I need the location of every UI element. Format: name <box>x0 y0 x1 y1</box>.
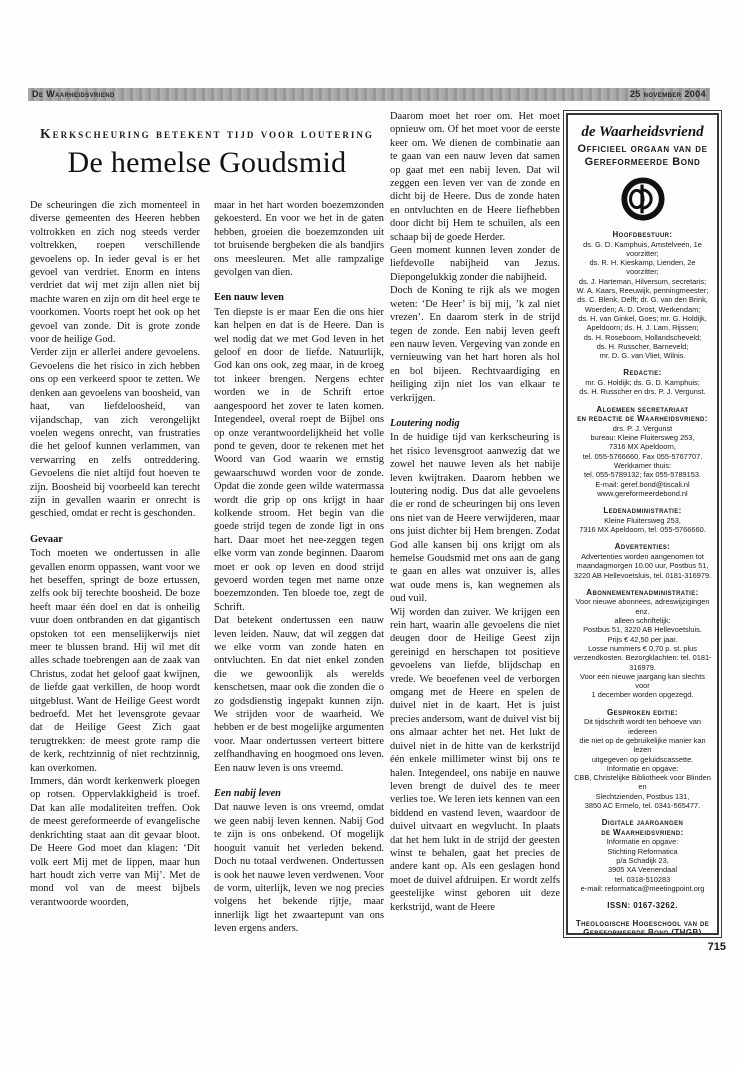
sidebar-text-line: Informatie en opgave: <box>573 837 712 846</box>
article-column-2: maar in het hart worden boezemzonden gek… <box>214 199 384 961</box>
sidebar-text-line: Apeldoorn; ds. H. J. Lam, Rijssen; <box>573 323 712 332</box>
sidebar-section-heading: Algemeen secretariaat <box>573 405 712 415</box>
sidebar-text-line: tel. 055-5766660. Fax 055-5767707. <box>573 452 712 461</box>
paragraph: maar in het hart worden boezemzonden gek… <box>214 199 384 279</box>
sidebar-text-line: ds. H. Russcher en drs. P. J. Vergunst. <box>573 387 712 396</box>
sidebar-text-line: 3905 XA Veenendaal <box>573 865 712 874</box>
sidebar-section: Digitale jaargangende Waarheidsvriend:In… <box>573 818 712 893</box>
sidebar-text-line: 3850 AC Ermelo, tel. 0341-565477. <box>573 801 712 810</box>
gereformeerde-bond-logo-icon <box>620 176 666 222</box>
sidebar-text-line: Informatie en opgave: <box>573 764 712 773</box>
sidebar-text-line: Stichting Reformatica <box>573 847 712 856</box>
magazine-page: De Waarheidsvriend 25 november 2004 Kerk… <box>0 0 738 1068</box>
sidebar-section: Ledenadministratie:Kleine Fluitersweg 25… <box>573 506 712 534</box>
sidebar-text-line: Voor nieuwe abonnees, adreswijzigingen e… <box>573 597 712 616</box>
sidebar-section-heading: Redactie: <box>573 368 712 378</box>
colophon-subtitle-line2: Gereformeerde Bond <box>573 156 712 169</box>
sidebar-text-line: E-mail: geref.bond@tiscali.nl <box>573 480 712 489</box>
paragraph: Geen moment kunnen leven zonder de liefd… <box>390 244 560 284</box>
sidebar-section: Gesproken editie:Dit tijdschrift wordt t… <box>573 708 712 811</box>
page-number: 715 <box>696 941 726 953</box>
paragraph: Daarom moet het roer om. Het moet opnieu… <box>390 110 560 244</box>
sidebar-text-line: tel. 0318-510283 <box>573 875 712 884</box>
colophon-subtitle-line1: Officieel orgaan van de <box>573 143 712 156</box>
sidebar-section: Algemeen secretariaaten redactie de Waar… <box>573 405 712 499</box>
sidebar-text-line: ds. J. Harteman, Hilversum, secretaris; <box>573 277 712 286</box>
sidebar-text-line: die niet op de gebruikelijke manier kan … <box>573 736 712 755</box>
sidebar-section-heading: Advertenties: <box>573 542 712 552</box>
paragraph: Immers, dán wordt kerkenwerk ploegen op … <box>30 775 200 909</box>
sidebar-text-line: Woerden; A. D. Drost, Werkendam; <box>573 305 712 314</box>
sidebar-text-line: Kleine Fluitersweg 253, <box>573 516 712 525</box>
sidebar-section-heading: Ledenadministratie: <box>573 506 712 516</box>
sidebar-section-heading: Digitale jaargangen <box>573 818 712 828</box>
sidebar-section-heading: Gesproken editie: <box>573 708 712 718</box>
sidebar-text-line: 7316 MX Apeldoorn, <box>573 442 712 451</box>
section-heading: Gevaar <box>30 533 200 546</box>
sidebar-text-line: Prijs € 42,50 per jaar. <box>573 635 712 644</box>
sidebar-section-heading: ISSN: 0167-3262. <box>573 901 712 911</box>
sidebar-section-heading: en redactie de Waarheidsvriend: <box>573 414 712 424</box>
sidebar-text-line: ds. R. H. Kieskamp, Lienden, 2e voorzitt… <box>573 258 712 277</box>
sidebar-text-line: Dit tijdschrift wordt ten behoeve van ie… <box>573 717 712 736</box>
colophon-box: de Waarheidsvriend Officieel orgaan van … <box>563 110 722 938</box>
sidebar-text-line: alleen schriftelijk: <box>573 616 712 625</box>
paragraph: Verder zijn er allerlei andere gevoelens… <box>30 346 200 520</box>
colophon-masthead-title: de Waarheidsvriend <box>573 124 712 141</box>
publication-name: De Waarheidsvriend <box>32 90 115 99</box>
paragraph: Dat betekent ondertussen een nauw leven … <box>214 614 384 775</box>
sidebar-section: Hoofdbestuur:ds. G. D. Kamphuis, Amstelv… <box>573 230 712 360</box>
paragraph: De scheuringen die zich momenteel in div… <box>30 199 200 346</box>
sidebar-text-line: ds. H. Russcher, Barneveld; <box>573 342 712 351</box>
paragraph: Wij worden dan zuiver. We krijgen een re… <box>390 606 560 914</box>
sidebar-text-line: Slechtzienden, Postbus 131, <box>573 792 712 801</box>
sidebar-text-line: ds. H. van Ginkel, Goes; mr. G. Holdijk, <box>573 314 712 323</box>
sidebar-text-line: Postbus 51, 3220 AB Hellevoetsluis. <box>573 625 712 634</box>
sidebar-text-line: maandagmorgen 10.00 uur, Postbus 51, <box>573 561 712 570</box>
sidebar-text-line: mr. G. Holdijk; ds. G. D. Kamphuis; <box>573 378 712 387</box>
article-title: De hemelse Goudsmid <box>30 147 384 179</box>
sidebar-text-line: Losse nummers € 0,70 p. st. plus verzend… <box>573 644 712 672</box>
paragraph: Ten diepste is er maar Een die ons hier … <box>214 306 384 614</box>
sidebar-text-line: Advertenties worden aangenomen tot <box>573 552 712 561</box>
article-kicker: Kerkscheuring betekent tijd voor louteri… <box>30 126 384 142</box>
sidebar-text-line: e-mail: reformatica@meetingpoint.org <box>573 884 712 893</box>
paragraph: Toch moeten we ondertussen in alle geval… <box>30 547 200 775</box>
sidebar-text-line: Voor een nieuwe jaargang kan slechts voo… <box>573 672 712 691</box>
sidebar-text-line: Werkkamer thuis: <box>573 461 712 470</box>
sidebar-section: Abonnementenadministratie:Voor nieuwe ab… <box>573 588 712 700</box>
sidebar-section-heading: Theologische Hogeschool van de <box>573 919 712 929</box>
sidebar-text-line: CBB, Christelijke Bibliotheek voor Blind… <box>573 773 712 792</box>
sidebar-text-line: 7316 MX Apeldoorn, tel. 055-5766660. <box>573 525 712 534</box>
sidebar-text-line: W. A. Kaars, Reeuwijk, penningmeester; <box>573 286 712 295</box>
sidebar-section-heading: Gereformeerde Bond (THGB) <box>573 928 712 935</box>
sidebar-section: ISSN: 0167-3262. <box>573 901 712 911</box>
sidebar-section: Redactie:mr. G. Holdijk; ds. G. D. Kamph… <box>573 368 712 396</box>
sidebar-section-heading: de Waarheidsvriend: <box>573 828 712 838</box>
sidebar-section-heading: Hoofdbestuur: <box>573 230 712 240</box>
sidebar-text-line: bureau: Kleine Fluitersweg 253, <box>573 433 712 442</box>
sidebar-text-line: ds. H. Roseboom, Hollandscheveld; <box>573 333 712 342</box>
sidebar-text-line: tel. 055-5789132; fax 055-5789153. <box>573 470 712 479</box>
section-heading: Loutering nodig <box>390 417 560 430</box>
sidebar-text-line: 1 december worden opgezegd. <box>573 690 712 699</box>
page-header-bar: De Waarheidsvriend 25 november 2004 <box>28 88 710 101</box>
colophon-content: de Waarheidsvriend Officieel orgaan van … <box>566 113 719 935</box>
colophon-sections: Hoofdbestuur:ds. G. D. Kamphuis, Amstelv… <box>573 230 712 935</box>
issue-date: 25 november 2004 <box>630 90 706 99</box>
sidebar-text-line: www.gereformeerdebond.nl <box>573 489 712 498</box>
sidebar-text-line: ds. C. Blenk, Delft; dr. G. van den Brin… <box>573 295 712 304</box>
paragraph: Dat nauwe leven is ons vreemd, omdat we … <box>214 801 384 935</box>
paragraph: Doch de Koning te rijk als we mogen wete… <box>390 284 560 405</box>
article-column-3: Daarom moet het roer om. Het moet opnieu… <box>390 110 560 961</box>
sidebar-text-line: ds. G. D. Kamphuis, Amstelveen, 1e voorz… <box>573 240 712 259</box>
sidebar-text-line: 3220 AB Hellevoetsluis, tel. 0181-316979… <box>573 571 712 580</box>
sidebar-text-line: mr. D. G. van Vliet, Wilnis. <box>573 351 712 360</box>
paragraph: In de huidige tijd van kerkscheuring is … <box>390 431 560 605</box>
sidebar-text-line: uitgegeven op geluidscassette. <box>573 755 712 764</box>
section-heading: Een nabij leven <box>214 787 384 800</box>
sidebar-section-heading: Abonnementenadministratie: <box>573 588 712 598</box>
article-header: Kerkscheuring betekent tijd voor louteri… <box>30 126 384 179</box>
article-column-1: De scheuringen die zich momenteel in div… <box>30 199 200 961</box>
section-heading: Een nauw leven <box>214 291 384 304</box>
sidebar-section: Advertenties:Advertenties worden aangeno… <box>573 542 712 579</box>
sidebar-section: Theologische Hogeschool van deGereformee… <box>573 919 712 935</box>
sidebar-text-line: drs. P. J. Vergunst <box>573 424 712 433</box>
sidebar-text-line: p/a Schadijk 23, <box>573 856 712 865</box>
